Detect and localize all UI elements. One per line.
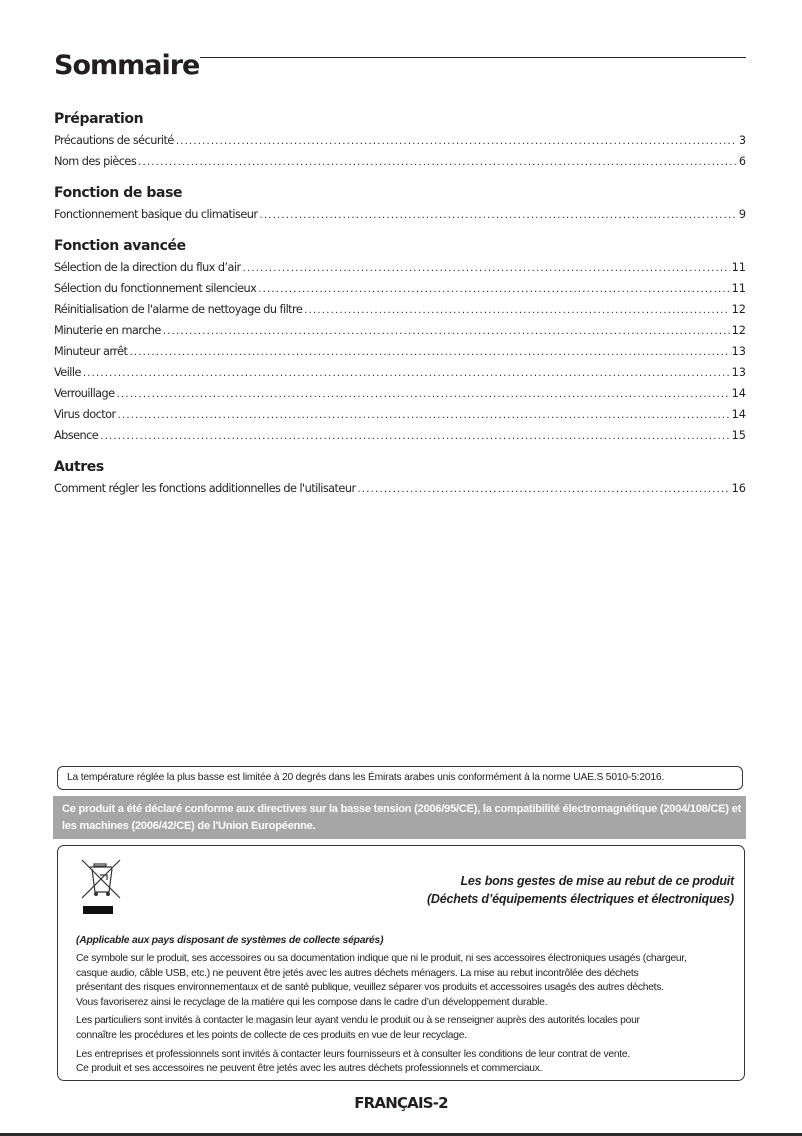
toc-entry[interactable]: Verrouillage 14: [54, 383, 746, 404]
weee-title-line1: Les bons gestes de mise au rebut de ce p…: [427, 872, 734, 890]
toc-entry-label: Sélection de la direction du flux d’air: [54, 257, 241, 278]
section-heading: Fonction avancée: [54, 235, 746, 257]
toc-entry[interactable]: Minuterie en marche 12: [54, 320, 746, 341]
weee-applicable-note: (Applicable aux pays disposant de systèm…: [76, 935, 383, 946]
toc-entry-label: Réinitialisation de l'alarme de nettoyag…: [54, 299, 302, 320]
dot-leader: [176, 131, 737, 152]
toc-entry-label: Sélection du fonctionnement silencieux: [54, 278, 256, 299]
toc-section-fonction-de-base: Fonction de base Fonctionnement basique …: [54, 182, 746, 225]
toc-entry-page: 13: [732, 341, 746, 362]
toc-entry-page: 3: [739, 130, 746, 151]
toc-entry-label: Virus doctor: [54, 404, 116, 425]
weee-paragraph: Les particuliers sont invités à contacte…: [76, 1014, 736, 1043]
toc-entry[interactable]: Précautions de sécurité 3: [54, 130, 746, 151]
toc-entry[interactable]: Nom des pièces 6: [54, 151, 746, 172]
dot-leader: [118, 405, 730, 426]
toc-entry-page: 16: [732, 478, 746, 499]
dot-leader: [163, 321, 730, 342]
toc-entry[interactable]: Minuteur arrêt 13: [54, 341, 746, 362]
weee-paragraph: Ce symbole sur le produit, ses accessoir…: [76, 952, 736, 1010]
toc-entry-page: 11: [732, 257, 746, 278]
dot-leader: [243, 258, 730, 279]
toc-entry-page: 6: [739, 151, 746, 172]
weee-disposal-box: Les bons gestes de mise au rebut de ce p…: [57, 845, 745, 1081]
toc-entry-label: Fonctionnement basique du climatiseur: [54, 204, 257, 225]
toc-entry[interactable]: Sélection du fonctionnement silencieux 1…: [54, 278, 746, 299]
weee-paragraph: Les entreprises et professionnels sont i…: [76, 1048, 736, 1077]
dot-leader: [129, 342, 729, 363]
crossed-out-wheelie-bin-icon: [80, 858, 124, 918]
toc-entry-label: Absence: [54, 425, 98, 446]
toc-entry-label: Précautions de sécurité: [54, 130, 174, 151]
dot-leader: [304, 300, 729, 321]
toc-entry-page: 14: [732, 404, 746, 425]
weee-title-line2: (Déchets d’équipements électriques et él…: [427, 890, 734, 908]
weee-title: Les bons gestes de mise au rebut de ce p…: [427, 872, 734, 908]
dot-leader: [83, 363, 730, 384]
toc-entry-label: Verrouillage: [54, 383, 115, 404]
toc-entry-page: 12: [732, 320, 746, 341]
toc-entry[interactable]: Comment régler les fonctions additionnel…: [54, 478, 746, 499]
toc-entry-page: 12: [732, 299, 746, 320]
dot-leader: [258, 279, 729, 300]
toc-entry-label: Veille: [54, 362, 81, 383]
toc-entry-page: 9: [739, 204, 746, 225]
toc-entry-page: 14: [732, 383, 746, 404]
table-of-contents: Préparation Précautions de sécurité 3 No…: [54, 108, 746, 499]
toc-entry-label: Comment régler les fonctions additionnel…: [54, 478, 356, 499]
toc-entry-label: Nom des pièces: [54, 151, 136, 172]
toc-entry[interactable]: Sélection de la direction du flux d’air …: [54, 257, 746, 278]
title-rule: [200, 57, 746, 58]
toc-entry[interactable]: Veille 13: [54, 362, 746, 383]
toc-entry[interactable]: Absence 15: [54, 425, 746, 446]
page-header: Sommaire: [54, 50, 746, 90]
dot-leader: [138, 152, 737, 173]
dot-leader: [358, 479, 730, 500]
toc-entry[interactable]: Virus doctor 14: [54, 404, 746, 425]
page-footer-label: FRANÇAIS-2: [0, 1094, 802, 1112]
page-title: Sommaire: [54, 50, 199, 81]
toc-entry[interactable]: Fonctionnement basique du climatiseur 9: [54, 204, 746, 225]
section-heading: Fonction de base: [54, 182, 746, 204]
toc-entry-page: 15: [732, 425, 746, 446]
toc-entry[interactable]: Réinitialisation de l'alarme de nettoyag…: [54, 299, 746, 320]
dot-leader: [100, 426, 729, 447]
weee-body: Ce symbole sur le produit, ses accessoir…: [76, 952, 736, 1081]
dot-leader: [259, 205, 736, 226]
toc-entry-page: 13: [732, 362, 746, 383]
toc-entry-label: Minuteur arrêt: [54, 341, 127, 362]
section-heading: Préparation: [54, 108, 746, 130]
toc-section-fonction-avancee: Fonction avancée Sélection de la directi…: [54, 235, 746, 446]
toc-entry-page: 11: [732, 278, 746, 299]
dot-leader: [117, 384, 730, 405]
temperature-notice: La température réglée la plus basse est …: [57, 766, 743, 790]
ce-declaration: Ce produit a été déclaré conforme aux di…: [53, 796, 746, 839]
toc-section-preparation: Préparation Précautions de sécurité 3 No…: [54, 108, 746, 172]
toc-section-autres: Autres Comment régler les fonctions addi…: [54, 456, 746, 499]
section-heading: Autres: [54, 456, 746, 478]
toc-entry-label: Minuterie en marche: [54, 320, 161, 341]
